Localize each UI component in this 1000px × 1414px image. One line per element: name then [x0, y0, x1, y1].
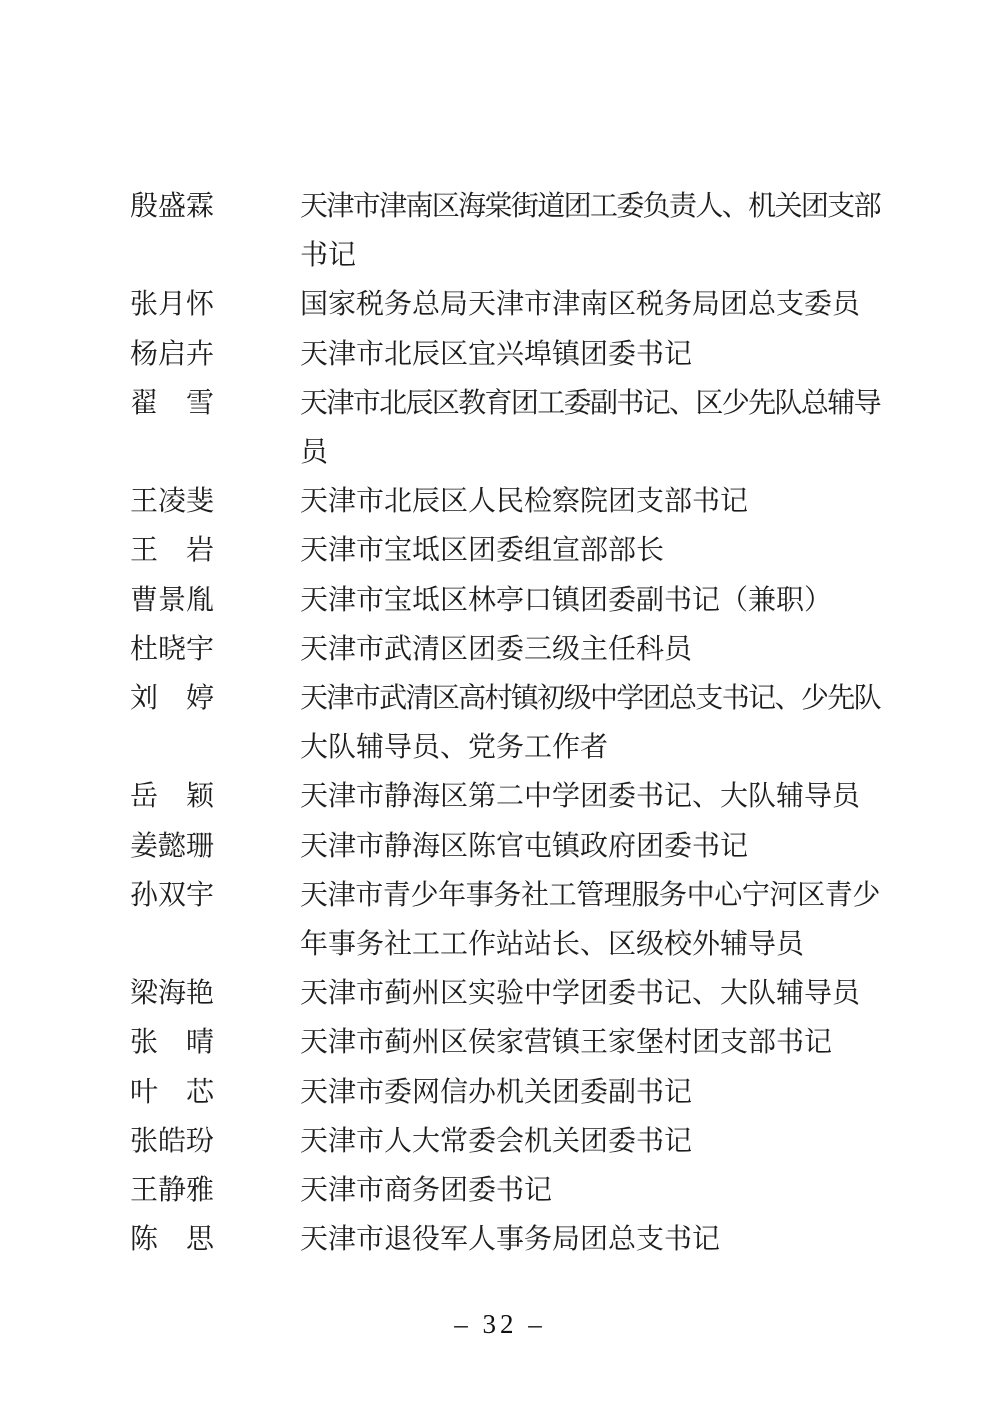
- person-name: 杨启卉: [130, 330, 218, 379]
- position-line: 年事务社工工作站站长、区级校外辅导员: [300, 920, 900, 969]
- position-line: 天津市蓟州区侯家营镇王家堡村团支部书记: [300, 1018, 900, 1067]
- position-line: 天津市人大常委会机关团委书记: [300, 1117, 900, 1166]
- list-entry: 梁海艳 天津市蓟州区实验中学团委书记、大队辅导员: [130, 969, 900, 1018]
- person-name: 殷盛霖: [130, 182, 218, 231]
- person-position: 天津市北辰区教育团工委副书记、区少先队总辅导员: [300, 379, 900, 477]
- person-name: 刘 婷: [130, 674, 218, 723]
- person-position: 天津市人大常委会机关团委书记: [300, 1117, 900, 1166]
- position-line: 天津市静海区陈官屯镇政府团委书记: [300, 822, 900, 871]
- person-position: 天津市武清区高村镇初级中学团总支书记、少先队大队辅导员、党务工作者: [300, 674, 900, 772]
- person-name: 张皓玢: [130, 1117, 218, 1166]
- person-name: 翟 雪: [130, 379, 218, 428]
- document-page: 殷盛霖 天津市津南区海棠街道团工委负责人、机关团支部书记 张月怀 国家税务总局天…: [0, 0, 1000, 1414]
- person-position: 天津市武清区团委三级主任科员: [300, 625, 900, 674]
- person-position: 天津市青少年事务社工管理服务中心宁河区青少年事务社工工作站站长、区级校外辅导员: [300, 871, 900, 969]
- position-line: 天津市静海区第二中学团委书记、大队辅导员: [300, 772, 900, 821]
- position-line: 天津市武清区高村镇初级中学团总支书记、少先队: [300, 674, 900, 723]
- person-name: 姜懿珊: [130, 822, 218, 871]
- person-position: 天津市北辰区宜兴埠镇团委书记: [300, 330, 900, 379]
- person-position: 天津市北辰区人民检察院团支部书记: [300, 477, 900, 526]
- person-position: 天津市静海区第二中学团委书记、大队辅导员: [300, 772, 900, 821]
- position-line: 国家税务总局天津市津南区税务局团总支委员: [300, 280, 900, 329]
- position-line: 天津市蓟州区实验中学团委书记、大队辅导员: [300, 969, 900, 1018]
- list-entry: 岳 颖 天津市静海区第二中学团委书记、大队辅导员: [130, 772, 900, 821]
- list-entry: 张皓玢 天津市人大常委会机关团委书记: [130, 1117, 900, 1166]
- position-line: 书记: [300, 231, 900, 280]
- person-name: 王凌斐: [130, 477, 218, 526]
- person-name: 陈 思: [130, 1215, 218, 1264]
- person-position: 国家税务总局天津市津南区税务局团总支委员: [300, 280, 900, 329]
- position-line: 天津市津南区海棠街道团工委负责人、机关团支部: [300, 182, 900, 231]
- person-position: 天津市蓟州区实验中学团委书记、大队辅导员: [300, 969, 900, 1018]
- list-entry: 杜晓宇 天津市武清区团委三级主任科员: [130, 625, 900, 674]
- list-entry: 杨启卉 天津市北辰区宜兴埠镇团委书记: [130, 330, 900, 379]
- list-entry: 孙双宇 天津市青少年事务社工管理服务中心宁河区青少年事务社工工作站站长、区级校外…: [130, 871, 900, 969]
- list-entry: 王 岩 天津市宝坻区团委组宣部部长: [130, 526, 900, 575]
- person-position: 天津市商务团委书记: [300, 1166, 900, 1215]
- person-name: 杜晓宇: [130, 625, 218, 674]
- list-entry: 姜懿珊 天津市静海区陈官屯镇政府团委书记: [130, 822, 900, 871]
- person-position: 天津市蓟州区侯家营镇王家堡村团支部书记: [300, 1018, 900, 1067]
- person-name: 张 晴: [130, 1018, 218, 1067]
- position-line: 大队辅导员、党务工作者: [300, 723, 900, 772]
- person-name: 孙双宇: [130, 871, 218, 920]
- list-entry: 张 晴 天津市蓟州区侯家营镇王家堡村团支部书记: [130, 1018, 900, 1067]
- person-name: 梁海艳: [130, 969, 218, 1018]
- person-name: 曹景胤: [130, 576, 218, 625]
- person-name: 王 岩: [130, 526, 218, 575]
- position-line: 天津市北辰区教育团工委副书记、区少先队总辅导: [300, 379, 900, 428]
- person-name: 王静雅: [130, 1166, 218, 1215]
- person-position: 天津市津南区海棠街道团工委负责人、机关团支部书记: [300, 182, 900, 280]
- list-entry: 叶 芯 天津市委网信办机关团委副书记: [130, 1068, 900, 1117]
- person-position: 天津市退役军人事务局团总支书记: [300, 1215, 900, 1264]
- list-entry: 王静雅 天津市商务团委书记: [130, 1166, 900, 1215]
- page-footer: – 32 –: [0, 1302, 1000, 1351]
- position-line: 天津市宝坻区林亭口镇团委副书记（兼职）: [300, 576, 900, 625]
- list-entry: 张月怀 国家税务总局天津市津南区税务局团总支委员: [130, 280, 900, 329]
- person-name: 叶 芯: [130, 1068, 218, 1117]
- list-entry: 殷盛霖 天津市津南区海棠街道团工委负责人、机关团支部书记: [130, 182, 900, 280]
- recognition-name-list: 殷盛霖 天津市津南区海棠街道团工委负责人、机关团支部书记 张月怀 国家税务总局天…: [130, 182, 900, 1264]
- position-line: 天津市委网信办机关团委副书记: [300, 1068, 900, 1117]
- position-line: 天津市退役军人事务局团总支书记: [300, 1215, 900, 1264]
- list-entry: 曹景胤 天津市宝坻区林亭口镇团委副书记（兼职）: [130, 576, 900, 625]
- person-name: 岳 颖: [130, 772, 218, 821]
- position-line: 天津市宝坻区团委组宣部部长: [300, 526, 900, 575]
- list-entry: 刘 婷 天津市武清区高村镇初级中学团总支书记、少先队大队辅导员、党务工作者: [130, 674, 900, 772]
- list-entry: 翟 雪 天津市北辰区教育团工委副书记、区少先队总辅导员: [130, 379, 900, 477]
- person-position: 天津市静海区陈官屯镇政府团委书记: [300, 822, 900, 871]
- page-number: – 32 –: [454, 1309, 546, 1339]
- position-line: 天津市商务团委书记: [300, 1166, 900, 1215]
- person-position: 天津市宝坻区团委组宣部部长: [300, 526, 900, 575]
- position-line: 员: [300, 428, 900, 477]
- position-line: 天津市北辰区人民检察院团支部书记: [300, 477, 900, 526]
- person-position: 天津市宝坻区林亭口镇团委副书记（兼职）: [300, 576, 900, 625]
- list-entry: 陈 思 天津市退役军人事务局团总支书记: [130, 1215, 900, 1264]
- position-line: 天津市北辰区宜兴埠镇团委书记: [300, 330, 900, 379]
- position-line: 天津市青少年事务社工管理服务中心宁河区青少: [300, 871, 900, 920]
- person-position: 天津市委网信办机关团委副书记: [300, 1068, 900, 1117]
- position-line: 天津市武清区团委三级主任科员: [300, 625, 900, 674]
- list-entry: 王凌斐 天津市北辰区人民检察院团支部书记: [130, 477, 900, 526]
- person-name: 张月怀: [130, 280, 218, 329]
